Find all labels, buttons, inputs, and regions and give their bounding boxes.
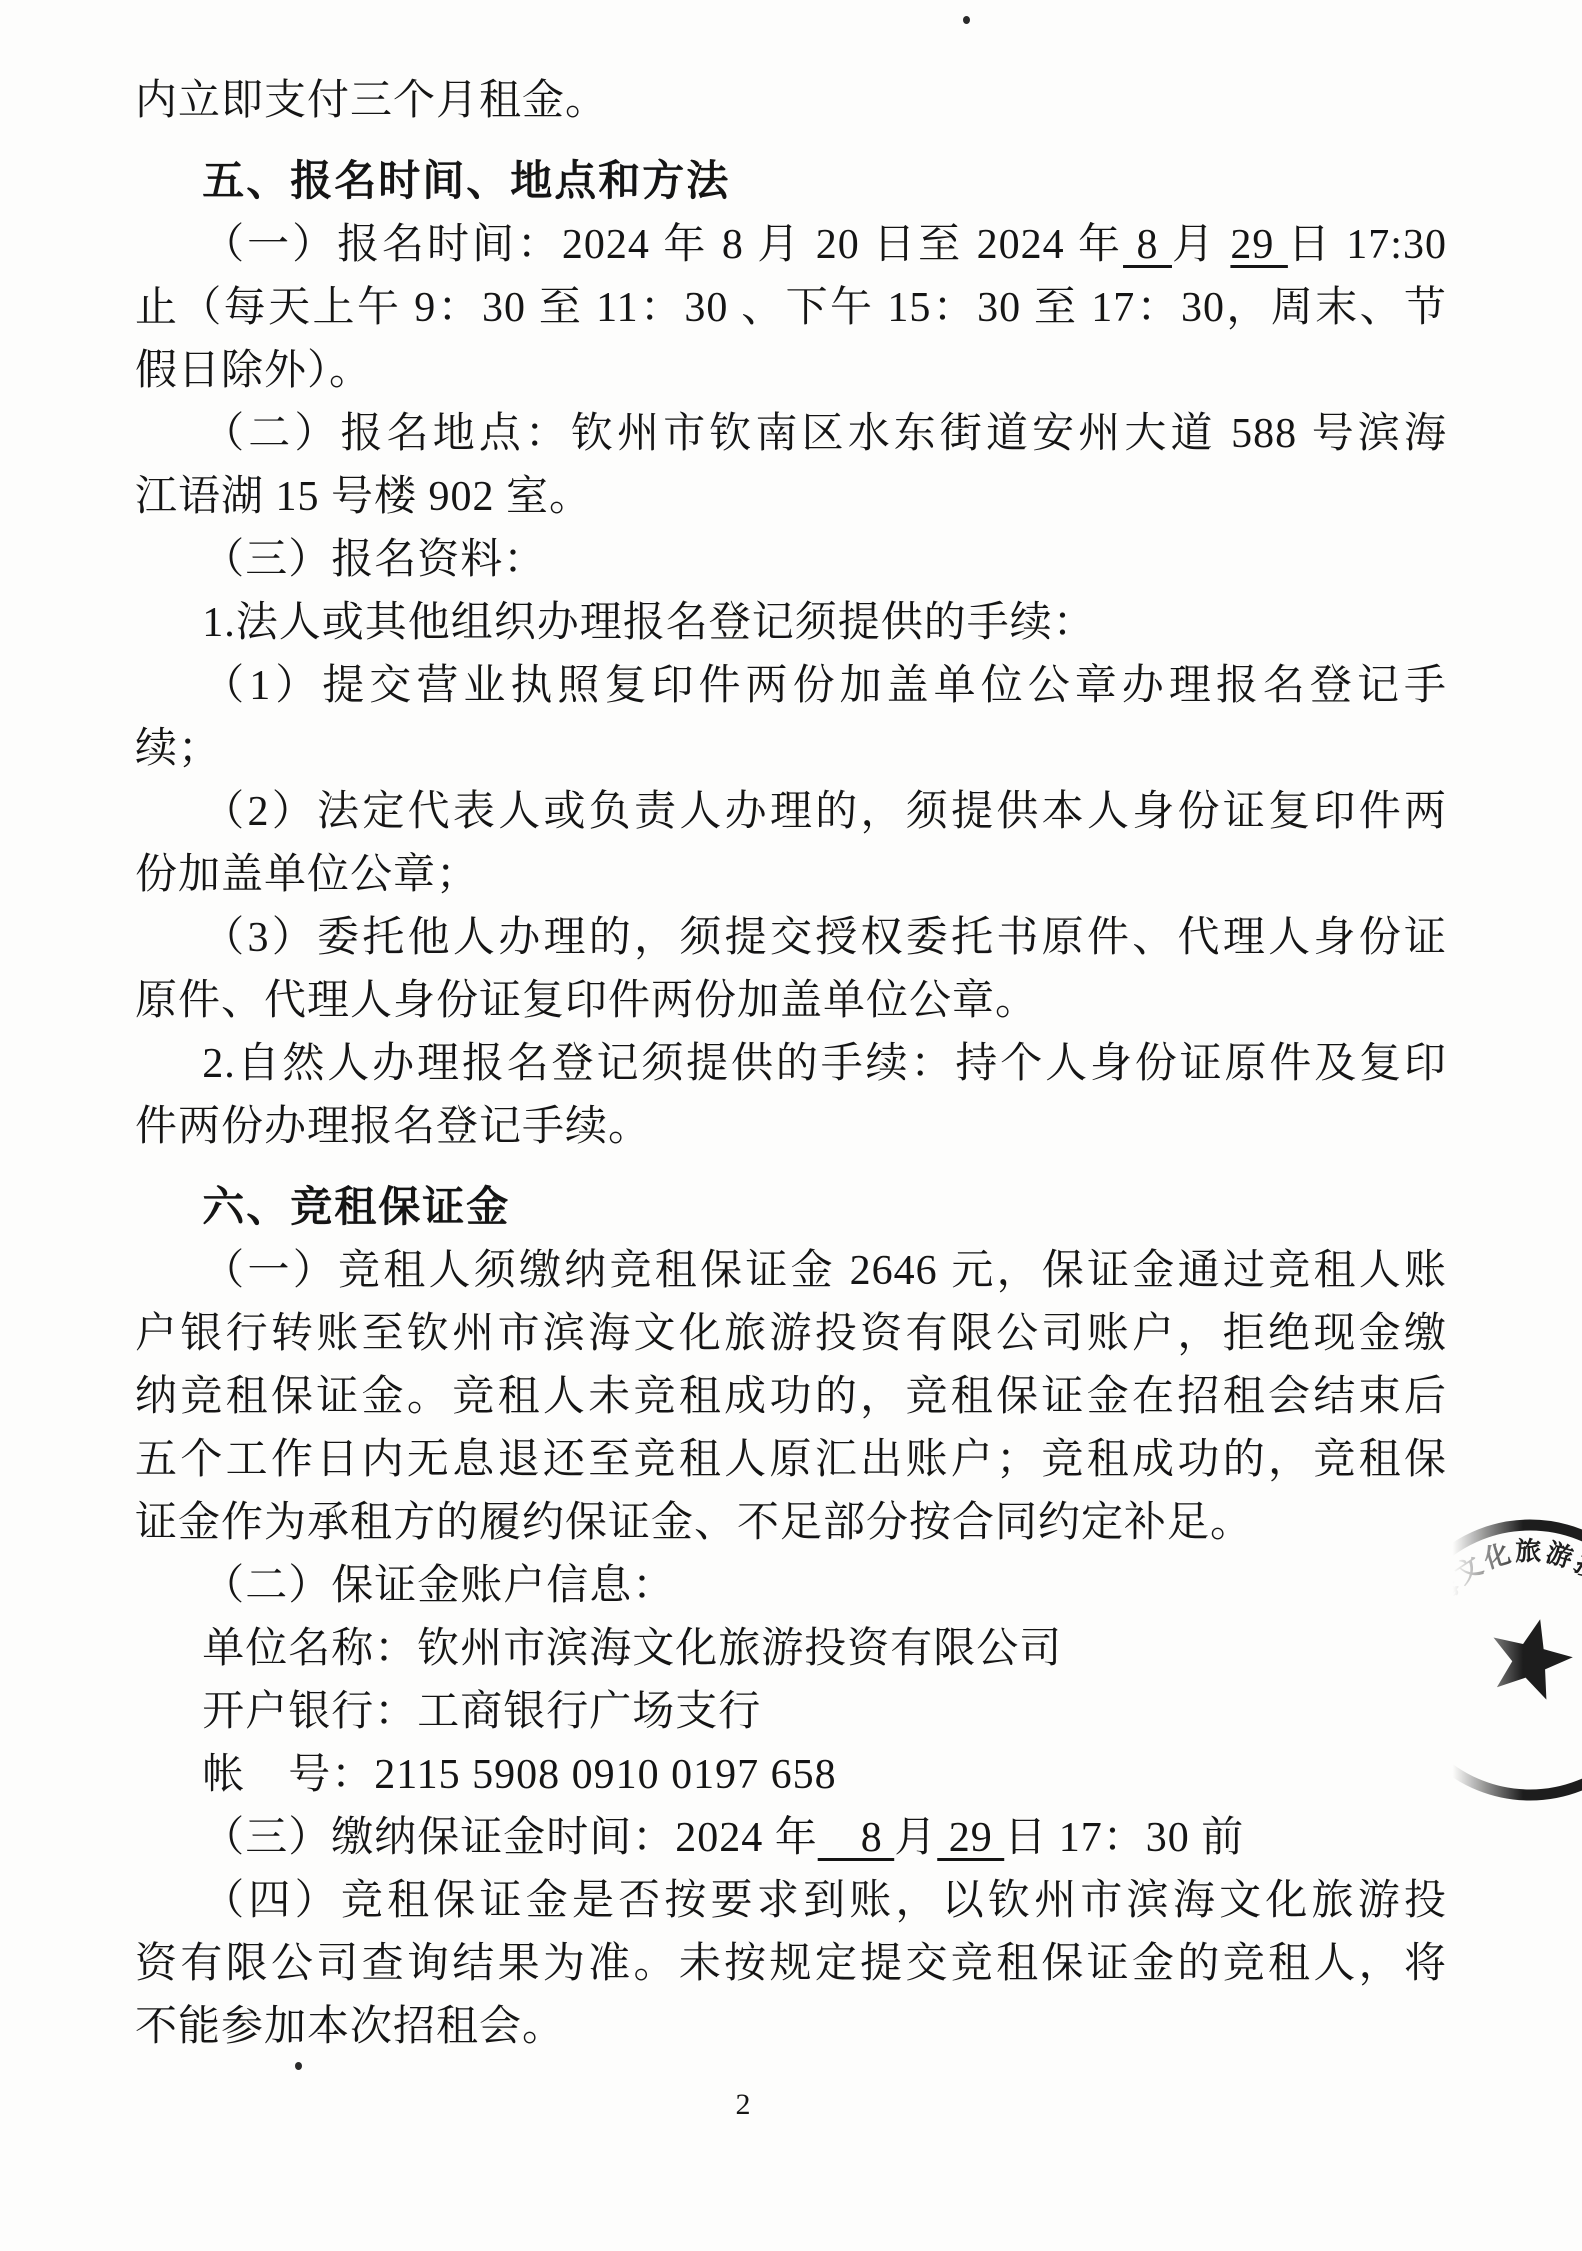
document-line: （1）提交营业执照复印件两份加盖单位公章办理报名登记手 <box>135 655 1447 718</box>
document-line: 假日除外）。 <box>135 340 1447 403</box>
document-line: 份加盖单位公章； <box>135 844 1447 907</box>
document-line: （二）报名地点：钦州市钦南区水东街道安州大道 588 号滨海 <box>135 403 1447 466</box>
star-icon <box>1482 1609 1580 1703</box>
document-line: （一）报名时间：2024 年 8 月 20 日至 2024 年 8 月 29 日… <box>135 214 1447 277</box>
official-seal-stamp: 钦州市滨海文化旅游投资有限公司 <box>1395 1500 1582 1820</box>
section-heading: 六、竞租保证金 <box>135 1177 1447 1240</box>
document-body: 内立即支付三个月租金。五、报名时间、地点和方法（一）报名时间：2024 年 8 … <box>135 70 1447 2059</box>
document-line: 纳竞租保证金。竞租人未竞租成功的，竞租保证金在招租会结束后 <box>135 1366 1447 1429</box>
fill-in-blank-underline: 29 <box>1230 222 1287 268</box>
document-line: （2）法定代表人或负责人办理的，须提供本人身份证复印件两 <box>135 781 1447 844</box>
document-line: 止（每天上午 9：30 至 11：30 、下午 15：30 至 17：30，周末… <box>135 277 1447 340</box>
text-segment: 月 <box>894 1815 937 1861</box>
scan-speck <box>295 2062 302 2070</box>
document-line: （四）竞租保证金是否按要求到账，以钦州市滨海文化旅游投 <box>135 1870 1447 1933</box>
document-line: 内立即支付三个月租金。 <box>135 70 1447 133</box>
text-segment: （一）报名时间：2024 年 8 月 20 日至 2024 年 <box>202 222 1123 268</box>
fill-in-blank-underline: 8 <box>1123 222 1172 268</box>
document-line: 不能参加本次招租会。 <box>135 1996 1447 2059</box>
scan-speck <box>963 16 970 24</box>
document-line: （三）缴纳保证金时间：2024 年 8 月 29 日 17：30 前 <box>135 1807 1447 1870</box>
document-line: 单位名称：钦州市滨海文化旅游投资有限公司 <box>135 1618 1447 1681</box>
document-line: 开户银行：工商银行广场支行 <box>135 1681 1447 1744</box>
document-line: 户银行转账至钦州市滨海文化旅游投资有限公司账户，拒绝现金缴 <box>135 1303 1447 1366</box>
document-line: 件两份办理报名登记手续。 <box>135 1096 1447 1159</box>
text-segment: 月 <box>1172 222 1230 268</box>
text-segment: 日 17：30 前 <box>1004 1815 1244 1861</box>
document-line: 续； <box>135 718 1447 781</box>
document-line: 原件、代理人身份证复印件两份加盖单位公章。 <box>135 970 1447 1033</box>
document-line: 帐 号：2115 5908 0910 0197 658 <box>135 1744 1447 1807</box>
document-line: 江语湖 15 号楼 902 室。 <box>135 466 1447 529</box>
document-page: 内立即支付三个月租金。五、报名时间、地点和方法（一）报名时间：2024 年 8 … <box>0 0 1582 2251</box>
document-line: （二）保证金账户信息： <box>135 1555 1447 1618</box>
document-line: 五个工作日内无息退还至竞租人原汇出账户；竞租成功的，竞租保 <box>135 1429 1447 1492</box>
text-segment: 日 17:30 <box>1288 222 1447 268</box>
document-line: （一）竞租人须缴纳竞租保证金 2646 元，保证金通过竞租人账 <box>135 1240 1447 1303</box>
page-number: 2 <box>0 2088 1486 2122</box>
document-line: 2.自然人办理报名登记须提供的手续：持个人身份证原件及复印 <box>135 1033 1447 1096</box>
fill-in-blank-underline: 8 <box>818 1815 895 1861</box>
section-heading: 五、报名时间、地点和方法 <box>135 151 1447 214</box>
document-line: 1.法人或其他组织办理报名登记须提供的手续： <box>135 592 1447 655</box>
document-line: （三）报名资料： <box>135 529 1447 592</box>
document-line: 资有限公司查询结果为准。未按规定提交竞租保证金的竞租人，将 <box>135 1933 1447 1996</box>
text-segment: （三）缴纳保证金时间：2024 年 <box>202 1815 818 1861</box>
fill-in-blank-underline: 29 <box>937 1815 1004 1861</box>
document-line: （3）委托他人办理的，须提交授权委托书原件、代理人身份证 <box>135 907 1447 970</box>
document-line: 证金作为承租方的履约保证金、不足部分按合同约定补足。 <box>135 1492 1447 1555</box>
